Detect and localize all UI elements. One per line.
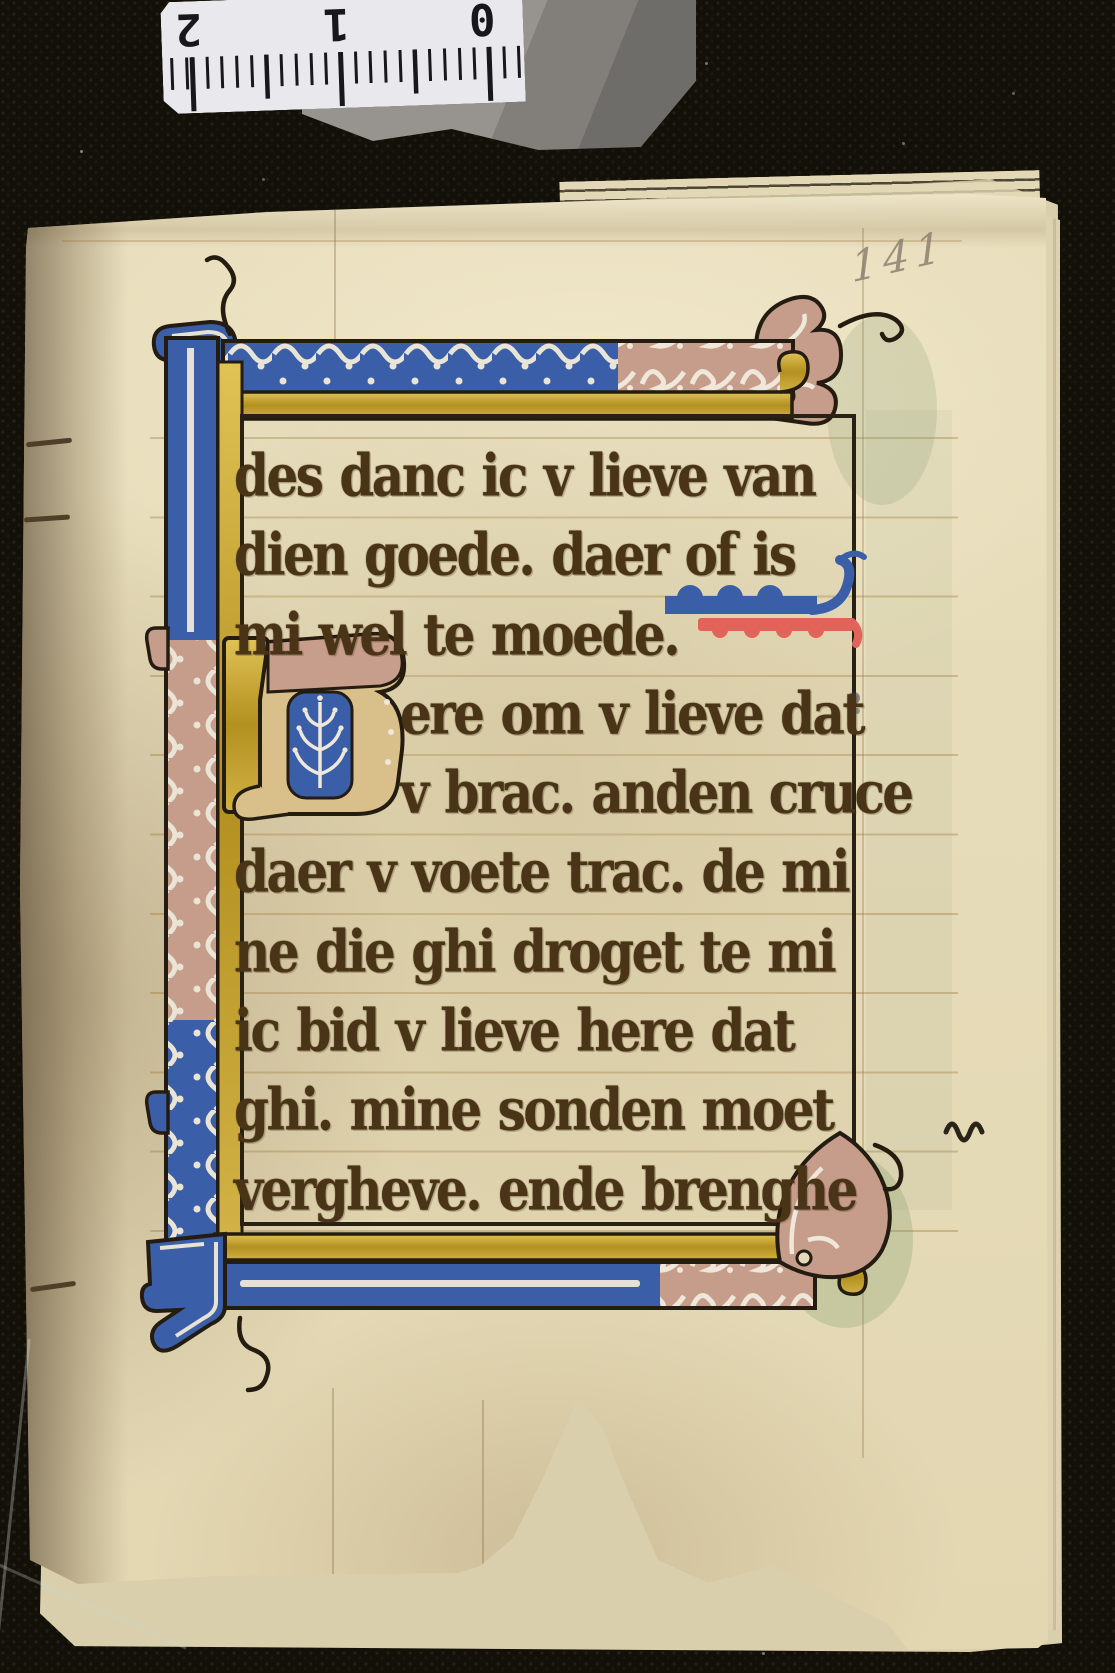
text-line-10: vergheve. ende brenghe (234, 1161, 858, 1240)
text-line-9-text: ghi. mine sonden moet (234, 1076, 833, 1144)
text-line-7: ne die ghi droget te mi (234, 923, 858, 1002)
text-line-3-text: mi wel te moede. (234, 600, 678, 668)
text-line-7-text: ne die ghi droget te mi (234, 917, 834, 985)
ruler-tick-marks (162, 46, 526, 113)
border-left-bar (147, 338, 242, 1304)
ruler-label-2: 2 (174, 3, 202, 55)
ruler-label-1: 1 (322, 0, 350, 50)
text-line-3: mi wel te moede. (234, 606, 858, 685)
text-line-1-text: des danc ic v lieve van (234, 441, 815, 509)
text-line-9: ghi. mine sonden moet (234, 1081, 858, 1160)
text-line-2-text: dien goede. daer of is (234, 520, 795, 588)
dust-specks (0, 0, 3, 3)
text-line-5-text: v brac. anden cruce (400, 758, 912, 826)
text-line-6: daer v voete trac. de mi (234, 843, 858, 922)
border-top-bar (200, 341, 808, 419)
text-line-2: dien goede. daer of is (234, 526, 858, 605)
text-line-8: ic bid v lieve here dat (234, 1002, 858, 1081)
measuring-ruler: 2 1 0 (160, 0, 526, 114)
text-line-10-text: vergheve. ende brenghe (234, 1155, 856, 1223)
gutter-shading (18, 188, 128, 1655)
manuscript-text-block: des danc ic v lieve van dien goede. daer… (234, 447, 858, 1240)
glass-plate-edge (0, 1339, 31, 1673)
border-bottom-bar (215, 1234, 866, 1308)
text-line-6-text: daer v voete trac. de mi (234, 838, 848, 906)
text-line-8-text: ic bid v lieve here dat (234, 996, 793, 1064)
border-corner-bottomleft-terminal (142, 1234, 225, 1351)
ruler-label-0: 0 (468, 0, 496, 45)
vertical-crease (332, 1388, 334, 1574)
text-line-1: des danc ic v lieve van (234, 447, 858, 526)
text-line-5: v brac. anden cruce (234, 764, 858, 843)
text-line-4: ere om v lieve dat (234, 685, 858, 764)
vertical-crease (482, 1400, 484, 1568)
ruler-cm-ticks (162, 46, 526, 113)
photograph-scene: 2 1 0 141 (0, 0, 1115, 1673)
text-line-4-text: ere om v lieve dat (400, 679, 863, 747)
